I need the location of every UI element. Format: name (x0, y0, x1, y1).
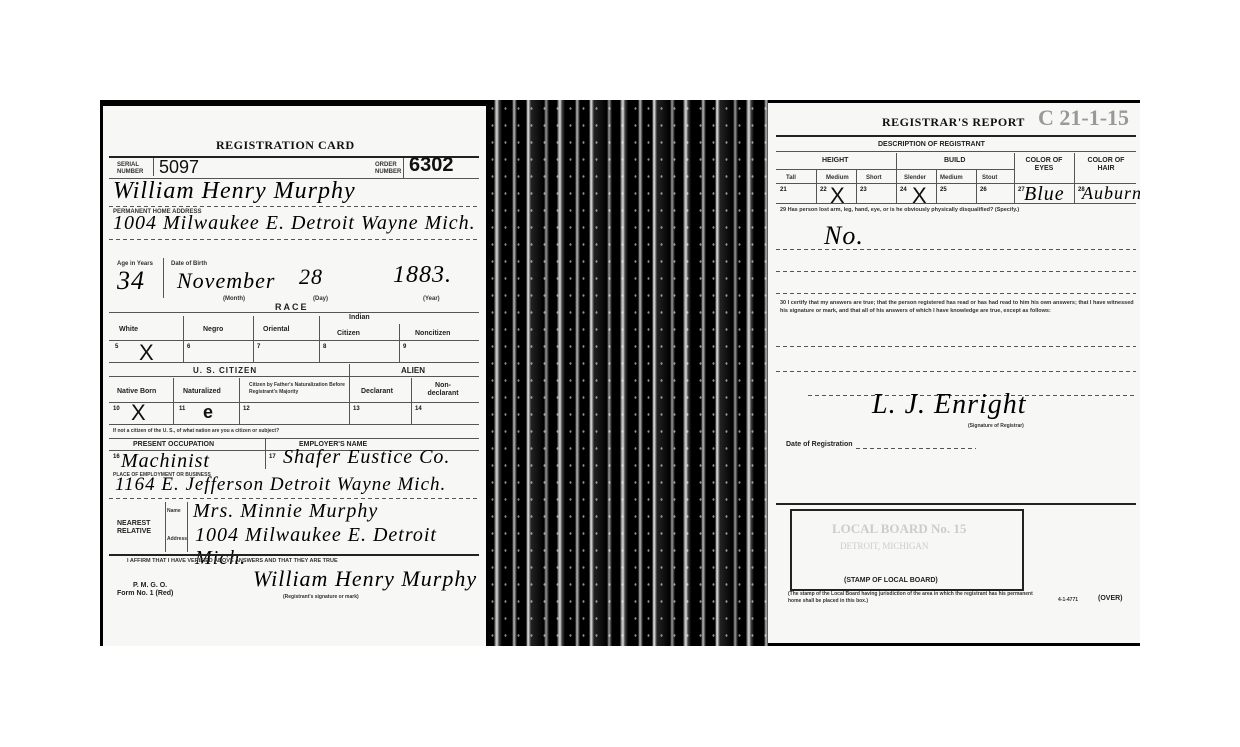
stamp-instructions: (The stamp of the Local Board having jur… (788, 591, 1038, 605)
col-stout: Stout (982, 175, 997, 181)
dob-day: 28 (299, 264, 323, 290)
field-11: 11 (179, 406, 185, 412)
description-header: DESCRIPTION OF REGISTRANT (878, 141, 985, 148)
field-14: 14 (415, 406, 422, 412)
col-medium-build: Medium (940, 175, 963, 181)
build-slender-mark: X (912, 183, 927, 209)
field-25: 25 (940, 187, 947, 193)
field-21: 21 (780, 187, 787, 193)
alien-header: ALIEN (401, 366, 425, 375)
stamp-caption: (STAMP OF LOCAL BOARD) (844, 577, 938, 584)
field-24: 24 (900, 187, 907, 193)
film-edge-strip (486, 100, 768, 646)
nation-question: If not a citizen of the U. S., of what n… (113, 428, 279, 434)
field-6: 6 (187, 344, 190, 350)
age-value: 34 (117, 266, 145, 296)
col-declarant: Declarant (361, 388, 393, 395)
date-label: Date of Registration (786, 441, 853, 448)
indian-header: Indian (349, 314, 370, 321)
day-caption: (Day) (313, 296, 328, 302)
form-label-2: Form No. 1 (Red) (117, 590, 173, 597)
height-medium-mark: X (830, 183, 845, 209)
dob-label: Date of Birth (171, 261, 207, 267)
home-address: 1004 Milwaukee E. Detroit Wayne Mich. (113, 212, 476, 235)
field-7: 7 (257, 344, 260, 350)
serial-number: 5097 (159, 157, 199, 178)
field-16: 16 (113, 454, 120, 460)
employer-value: Shafer Eustice Co. (283, 446, 450, 469)
us-citizen-header: U. S. CITIZEN (193, 366, 257, 375)
race-col-citizen: Citizen (337, 330, 360, 337)
col-tall: Tall (786, 175, 796, 181)
race-col-negro: Negro (203, 326, 223, 333)
certify-text: 30 I certify that my answers are true; t… (780, 299, 1136, 315)
footer-over: (OVER) (1098, 595, 1123, 602)
race-col-white: White (119, 326, 138, 333)
field-5: 5 (115, 344, 118, 350)
registration-card: REGISTRATION CARD SERIAL NUMBER 5097 ORD… (103, 106, 486, 646)
registrars-report: REGISTRAR'S REPORT C 21-1-15 DESCRIPTION… (768, 103, 1140, 643)
build-header: BUILD (944, 157, 965, 164)
hair-color: Auburn (1082, 183, 1140, 204)
hair-header: COLOR OF HAIR (1084, 157, 1128, 173)
serial-label: SERIAL NUMBER (117, 162, 151, 176)
year-caption: (Year) (423, 296, 440, 302)
registrar-signature: L. J. Enright (872, 389, 1027, 421)
dob-year: 1883. (393, 262, 452, 289)
field-9: 9 (403, 344, 406, 350)
col-native-born: Native Born (117, 388, 156, 395)
dob-month: November (177, 268, 275, 294)
employment-place-value: 1164 E. Jefferson Detroit Wayne Mich. (115, 474, 446, 496)
nearest-relative-label: NEAREST RELATIVE (117, 520, 163, 536)
field-13: 13 (353, 406, 360, 412)
field-8: 8 (323, 344, 326, 350)
relative-address-label: Address (167, 536, 187, 542)
registrant-name: William Henry Murphy (113, 178, 356, 205)
native-born-mark: X (131, 400, 146, 426)
relative-name-label: Name (167, 508, 181, 514)
field-26: 26 (980, 187, 987, 193)
footer-code: 4-1-4771 (1058, 597, 1078, 603)
relative-name: Mrs. Minnie Murphy (193, 500, 378, 523)
race-col-noncitizen: Noncitizen (415, 330, 450, 337)
field-12: 12 (243, 406, 250, 412)
field-22: 22 (820, 187, 827, 193)
signature-caption: (Registrant's signature or mark) (283, 594, 359, 600)
disability-question: 29 Has person lost arm, leg, hand, eye, … (780, 207, 1136, 213)
stamp-text-1: LOCAL BOARD No. 15 (832, 521, 966, 537)
registrar-caption: (Signature of Registrar) (968, 423, 1024, 429)
naturalized-mark: e (203, 402, 213, 423)
stamp-code: C 21-1-15 (1038, 105, 1129, 131)
col-naturalized: Naturalized (183, 388, 221, 395)
race-col-oriental: Oriental (263, 326, 289, 333)
occupation-value: Machinist (121, 450, 210, 473)
occupation-header: PRESENT OCCUPATION (133, 441, 214, 448)
eyes-header: COLOR OF EYES (1022, 157, 1066, 173)
stamp-text-2: DETROIT, MICHIGAN (840, 541, 928, 551)
affirm-text: I AFFIRM THAT I HAVE VERIFIED ABOVE ANSW… (127, 558, 338, 564)
col-citizen-by-father: Citizen by Father's Naturalization Befor… (249, 382, 345, 396)
registrant-signature: William Henry Murphy (253, 566, 477, 592)
disability-answer: No. (824, 221, 864, 251)
order-label: ORDER NUMBER (375, 162, 397, 176)
report-title: REGISTRAR'S REPORT (882, 115, 1025, 130)
col-non-declarant: Non-declarant (423, 382, 463, 398)
field-23: 23 (860, 187, 867, 193)
col-medium-height: Medium (826, 175, 849, 181)
field-17: 17 (269, 454, 276, 460)
order-number: 6302 (409, 154, 454, 177)
col-slender: Slender (904, 175, 926, 181)
card-title: REGISTRATION CARD (216, 138, 355, 153)
col-short: Short (866, 175, 882, 181)
race-header: RACE (275, 302, 309, 312)
height-header: HEIGHT (822, 157, 848, 164)
month-caption: (Month) (223, 296, 245, 302)
field-10: 10 (113, 406, 120, 412)
form-label-1: P. M. G. O. (133, 582, 167, 589)
local-board-stamp-box: LOCAL BOARD No. 15 DETROIT, MICHIGAN (ST… (790, 509, 1024, 591)
